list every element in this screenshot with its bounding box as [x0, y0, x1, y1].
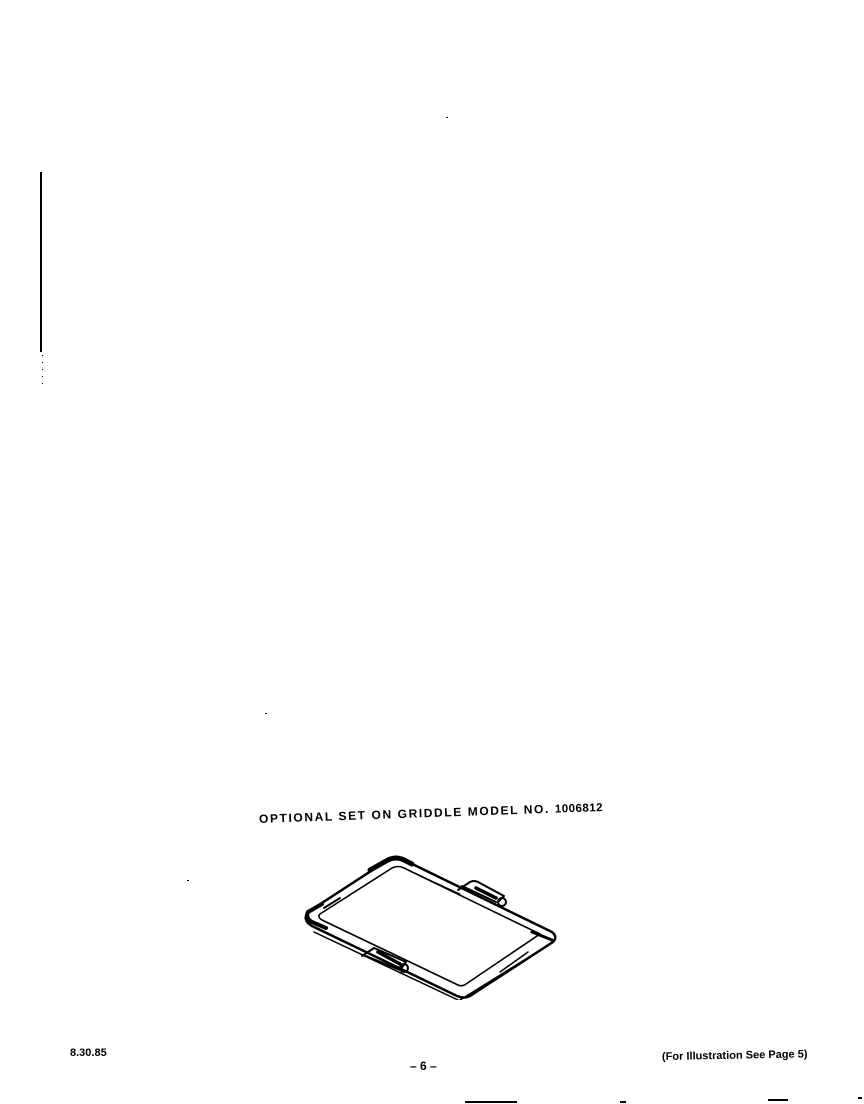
bottom-scan-mark [465, 1101, 517, 1103]
illustration-reference: (For Illustration See Page 5) [662, 1048, 808, 1063]
model-number: 1006812 [555, 802, 604, 816]
caption-text: OPTIONAL SET ON GRIDDLE MODEL NO. [259, 802, 550, 826]
margin-binding-line [40, 172, 42, 352]
scan-speck [187, 880, 189, 881]
bottom-scan-mark [768, 1099, 788, 1101]
page-number: – 6 – [410, 1059, 437, 1073]
margin-binding-dots [42, 355, 43, 390]
scan-speck [446, 117, 448, 118]
scan-speck [265, 713, 267, 714]
print-date: 8.30.85 [70, 1047, 107, 1059]
bottom-scan-mark [858, 1097, 862, 1099]
griddle-illustration [300, 852, 565, 1000]
illustration-caption: OPTIONAL SET ON GRIDDLE MODEL NO. 100681… [259, 800, 604, 826]
bottom-scan-mark [620, 1101, 626, 1103]
